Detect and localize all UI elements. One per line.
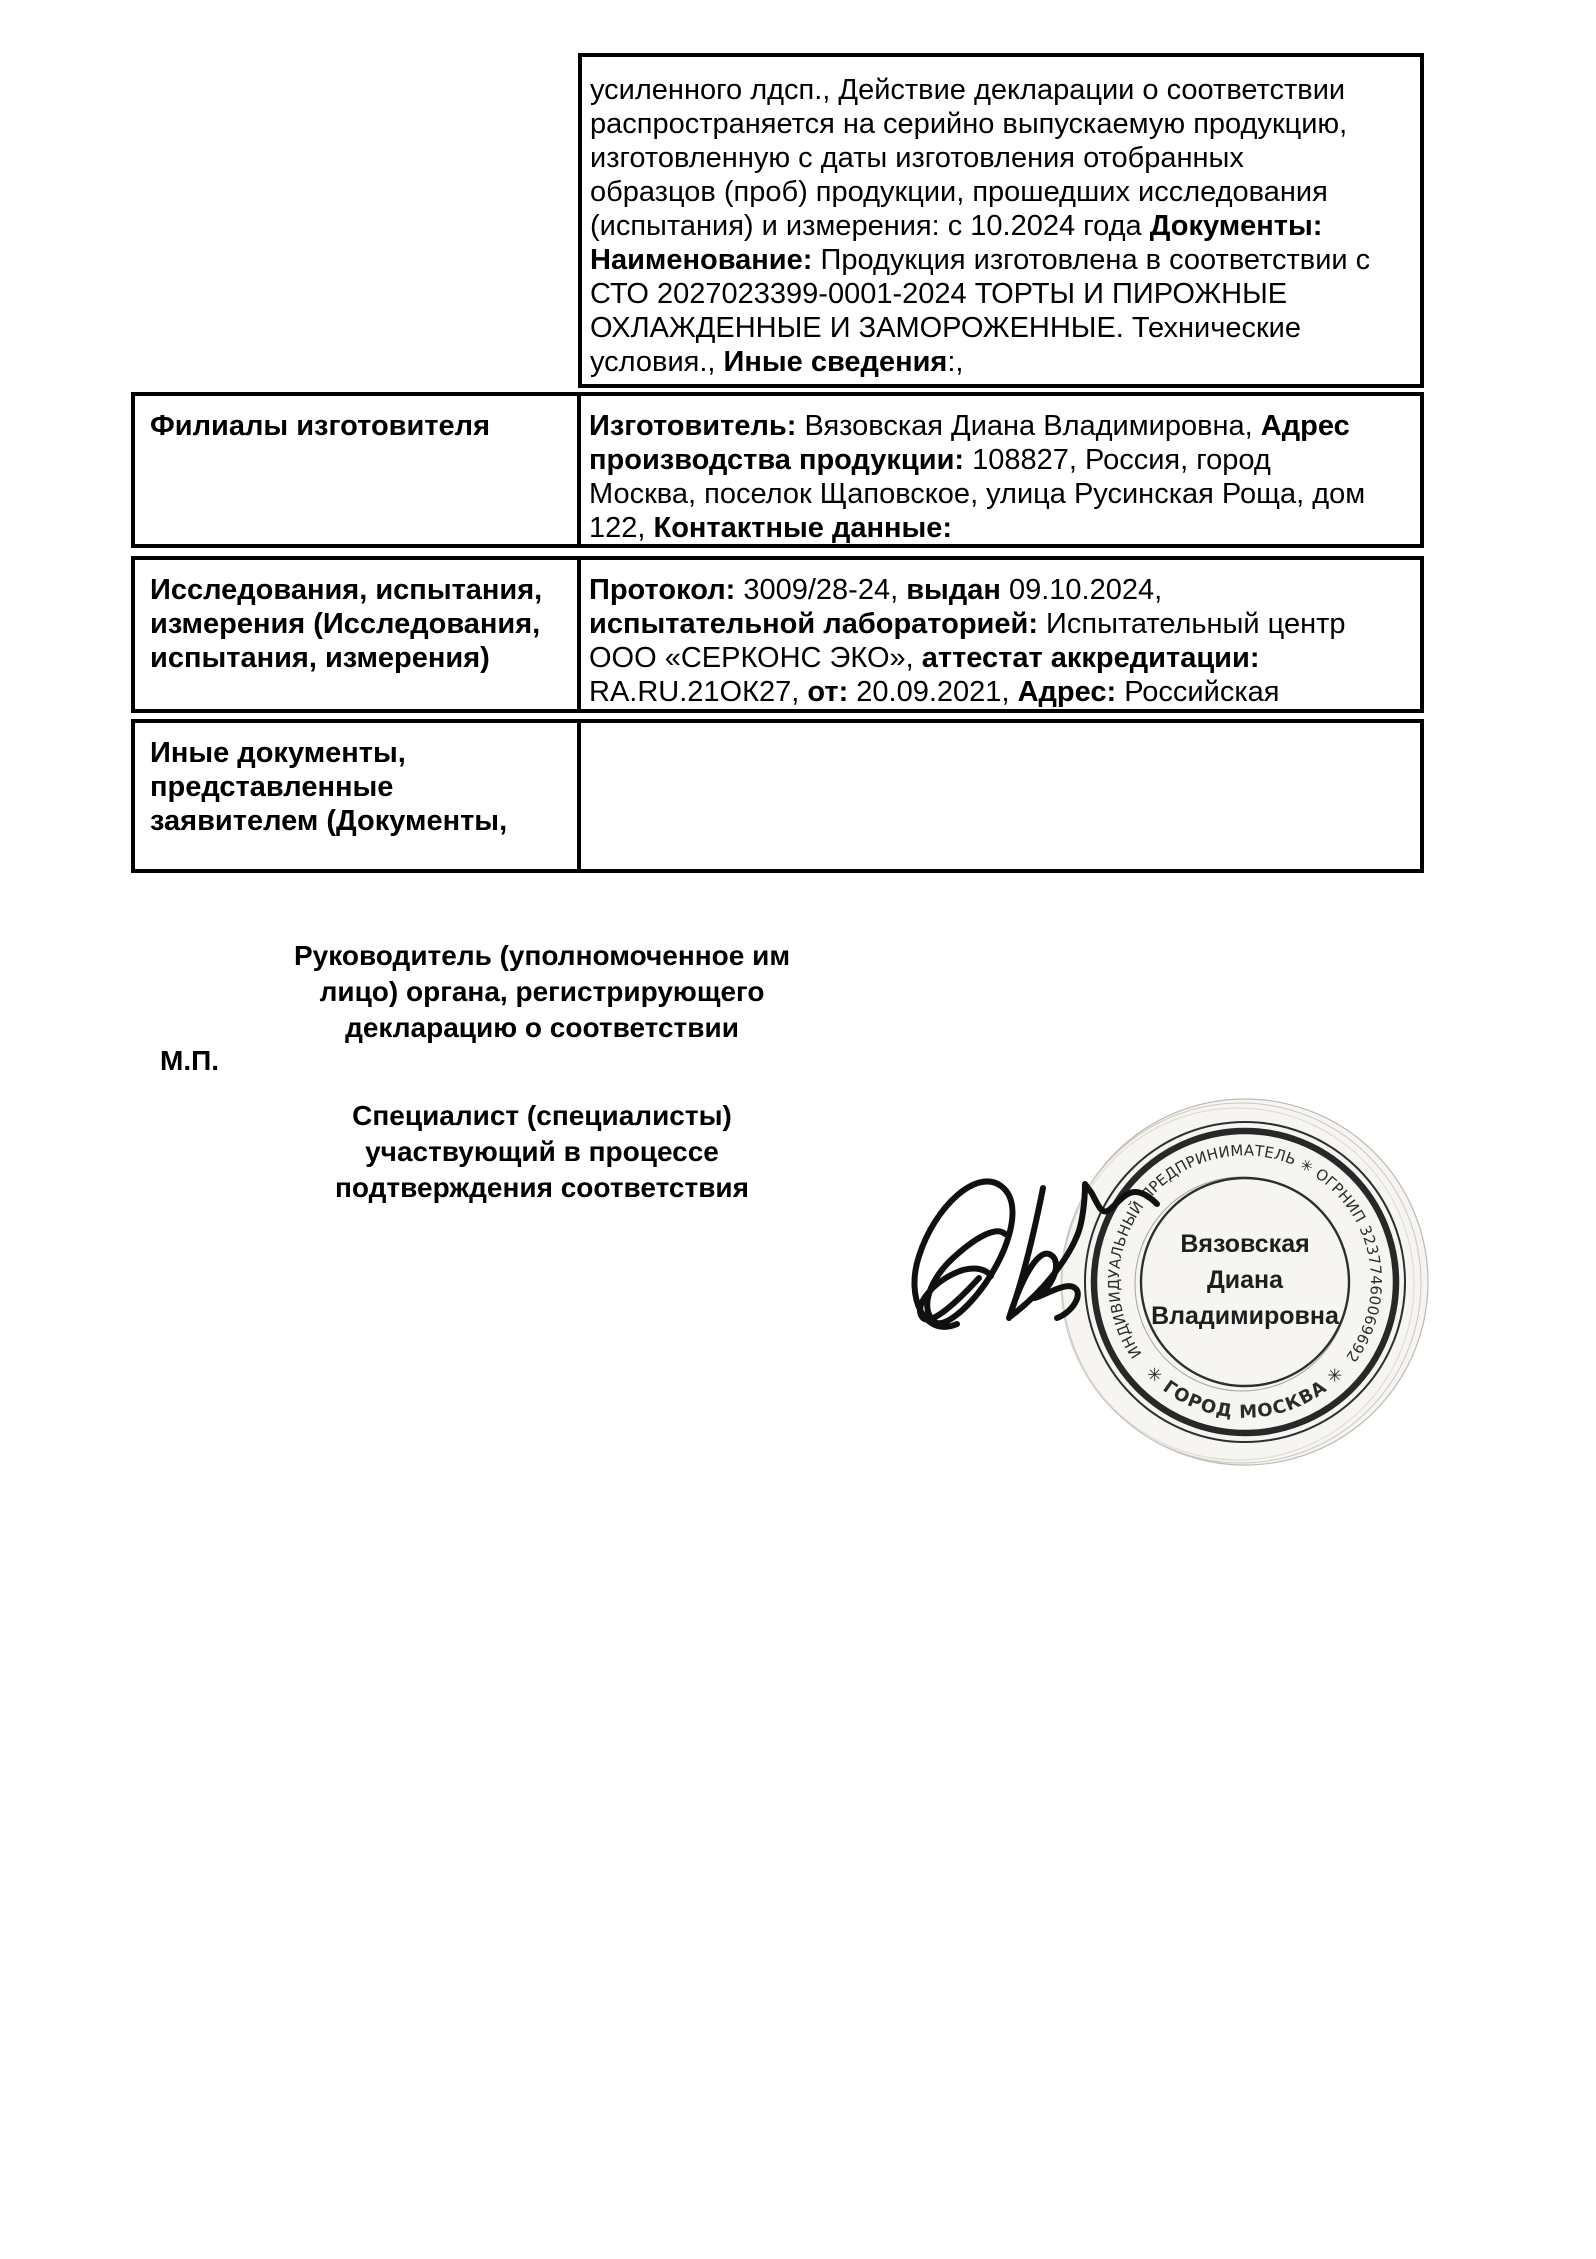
text-segment: :, <box>947 346 963 378</box>
signature-stroke-oval <box>914 1181 1012 1326</box>
cell-label-other-documents: Иные документы, представленные заявителе… <box>135 723 581 869</box>
text-segment: 108827, Россия, город <box>972 444 1271 476</box>
text-segment: ОХЛАЖДЕННЫЕ И ЗАМОРОЖЕННЫЕ. Технические <box>590 312 1301 344</box>
text-segment: Испытательный центр <box>1046 608 1345 640</box>
table-row-other-documents: Иные документы, представленные заявителе… <box>131 719 1424 873</box>
label-line: Иные документы, <box>150 736 565 770</box>
text-segment: ООО «СЕРКОНС ЭКО», <box>589 642 922 674</box>
text-segment-bold: испытательной лабораторией: <box>589 608 1046 640</box>
text-segment: изготовленную с даты изготовления отобра… <box>590 142 1244 174</box>
table-row-branches: Филиалы изготовителя Изготовитель: Вязов… <box>131 392 1424 548</box>
cell-label-branches: Филиалы изготовителя <box>135 396 581 544</box>
text-segment: усиленного лдсп., Действие декларации о … <box>590 74 1345 106</box>
text-segment-bold: Протокол: <box>589 574 743 606</box>
text-segment-bold: Изготовитель: <box>589 410 804 442</box>
caption-specialist: Специалист (специалисты) участвующий в п… <box>272 1098 812 1206</box>
stamp-place-mark: М.П. <box>160 1046 219 1076</box>
caption-line: участвующий в процессе <box>272 1134 812 1170</box>
text-segment: 122, <box>589 512 654 544</box>
stamp-center-name-line: Диана <box>1207 1266 1284 1294</box>
caption-leader: Руководитель (уполномоченное им лицо) ор… <box>252 938 832 1046</box>
label-line: заявителем (Документы, <box>150 804 565 838</box>
label-line: измерения (Исследования, <box>150 607 565 641</box>
text-segment: распространяется на серийно выпускаемую … <box>590 108 1347 140</box>
label-line: Филиалы изготовителя <box>150 409 565 443</box>
text-segment-bold: от: <box>807 676 856 708</box>
label-line: Исследования, испытания, <box>150 573 565 607</box>
text-segment-bold: Документы: <box>1150 210 1323 242</box>
label-line: представленные <box>150 770 565 804</box>
text-segment: условия., <box>590 346 724 378</box>
text-segment-bold: Контактные данные: <box>654 512 953 544</box>
cell-value-protocol: Протокол: 3009/28-24, выдан 09.10.2024, … <box>581 560 1420 709</box>
text-segment: 20.09.2021, <box>856 676 1017 708</box>
handwritten-signature <box>895 1130 1205 1345</box>
text-segment: 09.10.2024, <box>1009 574 1162 606</box>
text-segment-bold: аттестат аккредитации: <box>922 642 1260 674</box>
text-segment: образцов (проб) продукции, прошедших исс… <box>590 176 1328 208</box>
table-row-tests: Исследования, испытания, измерения (Иссл… <box>131 556 1424 713</box>
cell-value-empty <box>581 723 1420 869</box>
text-segment: RA.RU.21ОК27, <box>589 676 807 708</box>
text-segment: Продукция изготовлена в соответствии с <box>820 244 1370 276</box>
scanned-document-page: усиленного лдсп., Действие декларации о … <box>0 0 1596 2259</box>
text-segment-bold: Адрес: <box>1018 676 1125 708</box>
cell-continuation-text: усиленного лдсп., Действие декларации о … <box>582 57 1420 379</box>
table-row-continuation: усиленного лдсп., Действие декларации о … <box>578 53 1424 388</box>
label-line: испытания, измерения) <box>150 641 565 675</box>
caption-line: декларацию о соответствии <box>252 1010 832 1046</box>
text-segment-bold: производства продукции: <box>589 444 972 476</box>
text-segment-bold: Наименование: <box>590 244 820 276</box>
text-segment: Российская <box>1124 676 1279 708</box>
text-segment: СТО 2027023399-0001-2024 ТОРТЫ И ПИРОЖНЫ… <box>590 278 1287 310</box>
signature-stroke-tail <box>1011 1184 1157 1316</box>
caption-line: Руководитель (уполномоченное им <box>252 938 832 974</box>
caption-line: Специалист (специалисты) <box>272 1098 812 1134</box>
text-segment: 3009/28-24, <box>743 574 906 606</box>
text-segment: Москва, поселок Щаповское, улица Русинск… <box>589 478 1365 510</box>
text-segment-bold: Адрес <box>1261 410 1350 442</box>
text-segment: (испытания) и измерения: с 10.2024 года <box>590 210 1150 242</box>
text-segment-bold: выдан <box>906 574 1009 606</box>
text-segment: Вязовская Диана Владимировна, <box>804 410 1260 442</box>
cell-label-tests: Исследования, испытания, измерения (Иссл… <box>135 560 581 709</box>
caption-line: подтверждения соответствия <box>272 1170 812 1206</box>
caption-line: лицо) органа, регистрирующего <box>252 974 832 1010</box>
cell-value-manufacturer: Изготовитель: Вязовская Диана Владимиров… <box>581 396 1420 544</box>
text-segment-bold: Иные сведения <box>724 346 948 378</box>
